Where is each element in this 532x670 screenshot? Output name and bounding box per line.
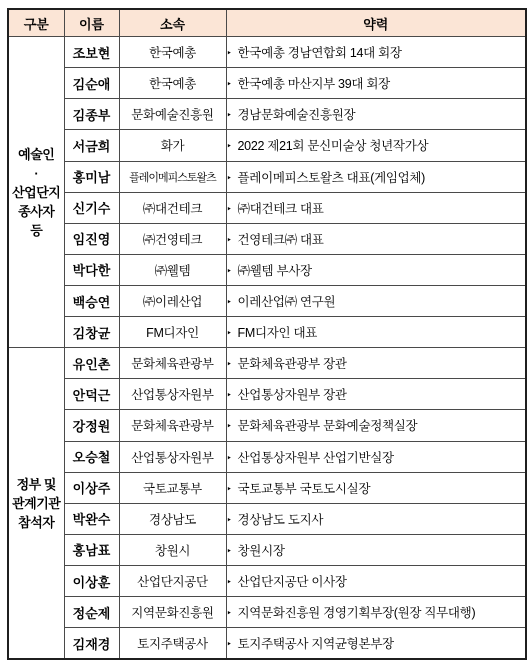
table-row: 서금희 화가 ‣2022 제21회 문신미술상 청년작가상 — [8, 130, 526, 161]
bullet-icon: ‣ — [227, 546, 232, 557]
bullet-icon: ‣ — [227, 515, 232, 526]
attendee-name: 서금희 — [64, 130, 119, 161]
attendee-affiliation: 창원시 — [119, 534, 226, 565]
group-label-line: 예술인 — [9, 145, 64, 164]
attendee-name: 이상주 — [64, 472, 119, 503]
table-header-row: 구분 이름 소속 약력 — [8, 9, 526, 37]
bio-text: 경남문화예술진흥원장 — [238, 108, 356, 122]
attendee-affiliation: 한국예총 — [119, 68, 226, 99]
attendee-bio: ‣경남문화예술진흥원장 — [226, 99, 526, 130]
attendee-table: 구분 이름 소속 약력 예술인 · 산업단지 종사자 등 조보현 한국예총 ‣한… — [7, 8, 527, 660]
bullet-icon: ‣ — [227, 453, 232, 464]
bio-text: 건영테크㈜ 대표 — [238, 233, 324, 247]
attendee-affiliation: FM디자인 — [119, 317, 226, 348]
table-row: 백승연 ㈜이레산업 ‣이레산업㈜ 연구원 — [8, 285, 526, 316]
bio-text: 지역문화진흥원 경영기획부장(원장 직무대행) — [238, 606, 476, 620]
bullet-icon: ‣ — [227, 297, 232, 308]
attendee-name: 임진영 — [64, 223, 119, 254]
attendee-bio: ‣지역문화진흥원 경영기획부장(원장 직무대행) — [226, 597, 526, 628]
attendee-bio: ‣2022 제21회 문신미술상 청년작가상 — [226, 130, 526, 161]
bio-text: 문화체육관광부 문화예술정책실장 — [238, 419, 418, 433]
attendee-name: 이상훈 — [64, 565, 119, 596]
group-label-line: 등 — [9, 221, 64, 240]
attendee-name: 김재경 — [64, 628, 119, 659]
attendee-bio: ‣국토교통부 국토도시실장 — [226, 472, 526, 503]
group-label-government: 정부 및 관계기관 참석자 — [8, 348, 64, 659]
document-page: 구분 이름 소속 약력 예술인 · 산업단지 종사자 등 조보현 한국예총 ‣한… — [0, 0, 532, 670]
bullet-icon: ‣ — [227, 235, 232, 246]
attendee-affiliation: 경상남도 — [119, 503, 226, 534]
bullet-icon: ‣ — [227, 110, 232, 121]
attendee-name: 안덕근 — [64, 379, 119, 410]
attendee-bio: ‣토지주택공사 지역균형본부장 — [226, 628, 526, 659]
bio-text: 산업단지공단 이사장 — [238, 575, 347, 589]
attendee-bio: ‣경상남도 도지사 — [226, 503, 526, 534]
attendee-affiliation: 지역문화진흥원 — [119, 597, 226, 628]
attendee-name: 김순애 — [64, 68, 119, 99]
attendee-name: 오승철 — [64, 441, 119, 472]
bullet-icon: ‣ — [227, 79, 232, 90]
header-category: 구분 — [8, 9, 64, 37]
attendee-affiliation: 토지주택공사 — [119, 628, 226, 659]
bio-text: 창원시장 — [238, 544, 285, 558]
attendee-affiliation: 산업단지공단 — [119, 565, 226, 596]
bio-text: 문화체육관광부 장관 — [238, 357, 347, 371]
table-row: 신기수 ㈜대건테크 ‣㈜대건테크 대표 — [8, 192, 526, 223]
bio-text: 경상남도 도지사 — [238, 513, 324, 527]
table-row: 박완수 경상남도 ‣경상남도 도지사 — [8, 503, 526, 534]
table-row: 예술인 · 산업단지 종사자 등 조보현 한국예총 ‣한국예총 경남연합회 14… — [8, 37, 526, 68]
attendee-bio: ‣산업통상자원부 장관 — [226, 379, 526, 410]
bio-text: 2022 제21회 문신미술상 청년작가상 — [238, 139, 429, 153]
attendee-bio: ‣㈜웰템 부사장 — [226, 254, 526, 285]
bio-text: ㈜웰템 부사장 — [238, 264, 312, 278]
table-row: 김종부 문화예술진흥원 ‣경남문화예술진흥원장 — [8, 99, 526, 130]
bullet-icon: ‣ — [227, 266, 232, 277]
attendee-bio: ‣플레이메피스토왈츠 대표(게임업체) — [226, 161, 526, 192]
bullet-icon: ‣ — [227, 173, 232, 184]
attendee-bio: ‣한국예총 경남연합회 14대 회장 — [226, 37, 526, 68]
attendee-affiliation: 국토교통부 — [119, 472, 226, 503]
header-affiliation: 소속 — [119, 9, 226, 37]
attendee-name: 유인촌 — [64, 348, 119, 379]
bio-text: ㈜대건테크 대표 — [238, 202, 324, 216]
attendee-affiliation: ㈜건영테크 — [119, 223, 226, 254]
attendee-name: 홍미남 — [64, 161, 119, 192]
group-label-line: 관계기관 — [9, 494, 64, 513]
table-row: 오승철 산업통상자원부 ‣산업통상자원부 산업기반실장 — [8, 441, 526, 472]
attendee-bio: ‣건영테크㈜ 대표 — [226, 223, 526, 254]
attendee-affiliation: ㈜대건테크 — [119, 192, 226, 223]
attendee-affiliation: 문화체육관광부 — [119, 410, 226, 441]
attendee-affiliation: 문화예술진흥원 — [119, 99, 226, 130]
table-row: 이상훈 산업단지공단 ‣산업단지공단 이사장 — [8, 565, 526, 596]
table-row: 홍미남 플레이메피스토왈츠 ‣플레이메피스토왈츠 대표(게임업체) — [8, 161, 526, 192]
attendee-bio: ‣FM디자인 대표 — [226, 317, 526, 348]
group-label-line: 정부 및 — [9, 475, 64, 494]
attendee-name: 조보현 — [64, 37, 119, 68]
attendee-bio: ‣문화체육관광부 장관 — [226, 348, 526, 379]
attendee-bio: ‣산업단지공단 이사장 — [226, 565, 526, 596]
table-row: 김재경 토지주택공사 ‣토지주택공사 지역균형본부장 — [8, 628, 526, 659]
bullet-icon: ‣ — [227, 359, 232, 370]
attendee-name: 김창균 — [64, 317, 119, 348]
attendee-affiliation: 산업통상자원부 — [119, 441, 226, 472]
bullet-icon: ‣ — [227, 141, 232, 152]
bullet-icon: ‣ — [227, 421, 232, 432]
attendee-name: 백승연 — [64, 285, 119, 316]
bio-text: 이레산업㈜ 연구원 — [238, 295, 336, 309]
bullet-icon: ‣ — [227, 577, 232, 588]
table-row: 정부 및 관계기관 참석자 유인촌 문화체육관광부 ‣문화체육관광부 장관 — [8, 348, 526, 379]
table-row: 김창균 FM디자인 ‣FM디자인 대표 — [8, 317, 526, 348]
bio-text: 토지주택공사 지역균형본부장 — [238, 637, 394, 651]
table-row: 안덕근 산업통상자원부 ‣산업통상자원부 장관 — [8, 379, 526, 410]
bullet-icon: ‣ — [227, 639, 232, 650]
attendee-affiliation: 한국예총 — [119, 37, 226, 68]
attendee-name: 신기수 — [64, 192, 119, 223]
bio-text: 한국예총 경남연합회 14대 회장 — [238, 46, 402, 60]
attendee-name: 박완수 — [64, 503, 119, 534]
attendee-name: 김종부 — [64, 99, 119, 130]
attendee-bio: ‣이레산업㈜ 연구원 — [226, 285, 526, 316]
table-row: 정순제 지역문화진흥원 ‣지역문화진흥원 경영기획부장(원장 직무대행) — [8, 597, 526, 628]
attendee-name: 홍남표 — [64, 534, 119, 565]
attendee-name: 강정원 — [64, 410, 119, 441]
attendee-bio: ‣한국예총 마산지부 39대 회장 — [226, 68, 526, 99]
bullet-icon: ‣ — [227, 390, 232, 401]
header-bio: 약력 — [226, 9, 526, 37]
table-row: 김순애 한국예총 ‣한국예총 마산지부 39대 회장 — [8, 68, 526, 99]
bio-text: 한국예총 마산지부 39대 회장 — [238, 77, 390, 91]
table-row: 임진영 ㈜건영테크 ‣건영테크㈜ 대표 — [8, 223, 526, 254]
table-row: 강정원 문화체육관광부 ‣문화체육관광부 문화예술정책실장 — [8, 410, 526, 441]
attendee-affiliation: 문화체육관광부 — [119, 348, 226, 379]
bio-text: 국토교통부 국토도시실장 — [238, 482, 371, 496]
attendee-affiliation: 산업통상자원부 — [119, 379, 226, 410]
group-label-line: 종사자 — [9, 202, 64, 221]
attendee-bio: ‣산업통상자원부 산업기반실장 — [226, 441, 526, 472]
table-row: 박다한 ㈜웰템 ‣㈜웰템 부사장 — [8, 254, 526, 285]
table-row: 이상주 국토교통부 ‣국토교통부 국토도시실장 — [8, 472, 526, 503]
attendee-affiliation: 플레이메피스토왈츠 — [119, 161, 226, 192]
header-name: 이름 — [64, 9, 119, 37]
table-row: 홍남표 창원시 ‣창원시장 — [8, 534, 526, 565]
bullet-icon: ‣ — [227, 328, 232, 339]
attendee-name: 정순제 — [64, 597, 119, 628]
attendee-bio: ‣창원시장 — [226, 534, 526, 565]
bullet-icon: ‣ — [227, 48, 232, 59]
group-label-line: 참석자 — [9, 513, 64, 532]
bio-text: FM디자인 대표 — [238, 326, 318, 340]
bio-text: 산업통상자원부 장관 — [238, 388, 347, 402]
bullet-icon: ‣ — [227, 484, 232, 495]
attendee-bio: ‣㈜대건테크 대표 — [226, 192, 526, 223]
attendee-affiliation: ㈜이레산업 — [119, 285, 226, 316]
group-label-line: 산업단지 — [9, 183, 64, 202]
bio-text: 산업통상자원부 산업기반실장 — [238, 451, 394, 465]
bullet-icon: ‣ — [227, 608, 232, 619]
attendee-bio: ‣문화체육관광부 문화예술정책실장 — [226, 410, 526, 441]
bio-text: 플레이메피스토왈츠 대표(게임업체) — [238, 171, 426, 185]
attendee-affiliation: ㈜웰템 — [119, 254, 226, 285]
group-label-line: · — [9, 164, 64, 183]
group-label-artists: 예술인 · 산업단지 종사자 등 — [8, 37, 64, 348]
attendee-affiliation: 화가 — [119, 130, 226, 161]
bullet-icon: ‣ — [227, 204, 232, 215]
attendee-name: 박다한 — [64, 254, 119, 285]
